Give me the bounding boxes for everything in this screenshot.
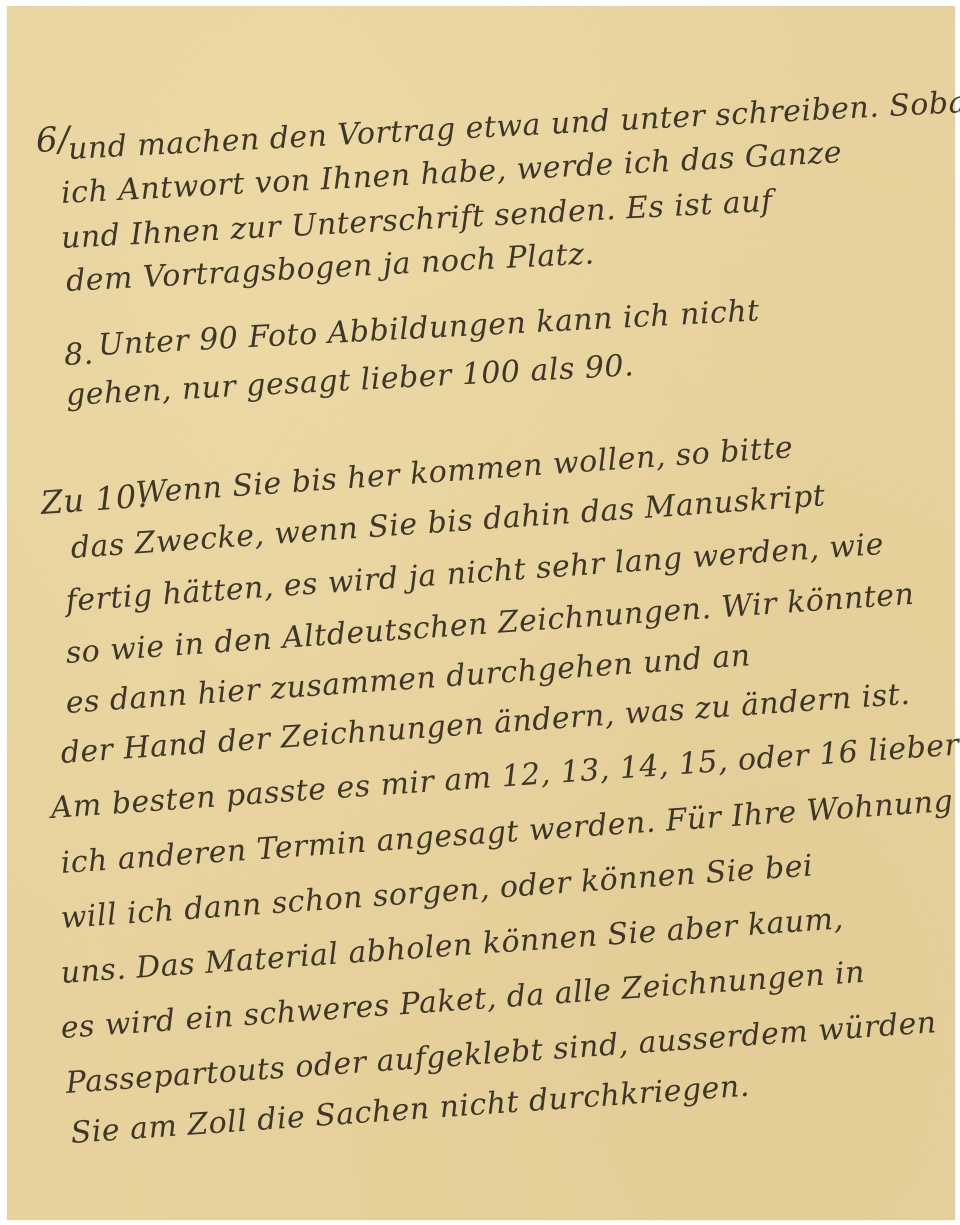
section-marker-8: 8. [63,336,94,373]
letter-page: 6/ und machen den Vortrag etwa und unter… [7,6,955,1220]
handwritten-line: Unter 90 Foto Abbildungen kann ich nicht [97,293,760,363]
section-marker-6: 6/ [35,119,71,161]
section-marker-10: Zu 10. [39,477,148,522]
